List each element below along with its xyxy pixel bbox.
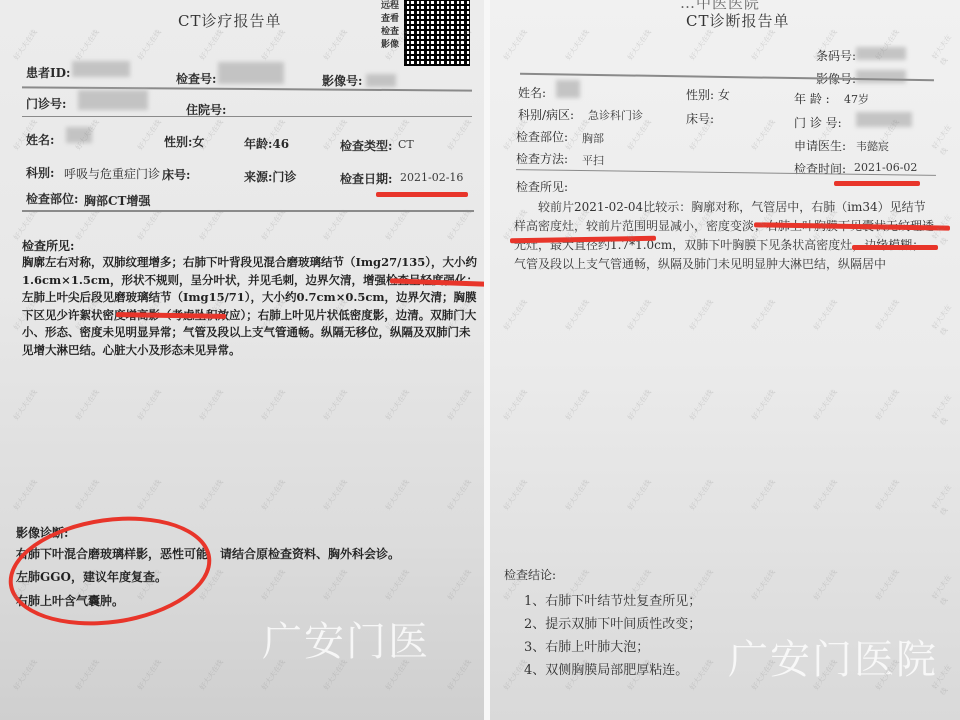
background-stamp: 好大夫在线 <box>383 478 411 512</box>
exam-date-label: 检查日期: <box>340 170 392 187</box>
background-stamp: 好大夫在线 <box>749 118 777 152</box>
exam-no-label: 检查号: <box>176 70 216 87</box>
background-stamp: 好大夫在线 <box>383 568 411 602</box>
highlight-underline <box>376 192 468 197</box>
exam-time-value: 2021-06-02 <box>854 161 917 174</box>
background-stamp: 好大夫在线 <box>873 568 901 602</box>
redacted-image-no <box>366 74 396 87</box>
source-field: 来源:门诊 <box>244 168 296 185</box>
redacted-outpatient-no <box>78 90 148 110</box>
background-stamp: 好大夫在线 <box>11 478 39 512</box>
conclusion-list: 1、右肺下叶结节灶复查所见； 2、提示双肺下叶间质性改变； 3、右肺上叶肺大泡；… <box>524 590 701 682</box>
findings-heading: 检查所见: <box>516 178 568 195</box>
background-stamp: 好大夫在线 <box>445 478 473 512</box>
conclusion-item: 4、双侧胸膜局部肥厚粘连。 <box>524 659 701 682</box>
exam-type-value: CT <box>398 138 414 151</box>
qr-code-icon <box>404 0 470 66</box>
background-stamp: 好大夫在线 <box>321 568 349 602</box>
age-label: 年 龄 : <box>794 90 830 107</box>
background-stamp: 好大夫在线 <box>811 478 839 512</box>
background-stamp: 好大夫在线 <box>930 303 960 337</box>
bed-label: 床号: <box>162 166 190 183</box>
background-stamp: 好大夫在线 <box>687 28 715 62</box>
background-stamp: 好大夫在线 <box>445 208 473 242</box>
background-stamp: 好大夫在线 <box>135 478 163 512</box>
redacted-image-no <box>856 70 906 83</box>
left-report-title: CT诊疗报告单 <box>178 10 281 31</box>
background-stamp: 好大夫在线 <box>73 388 101 422</box>
background-stamp: 好大夫在线 <box>873 478 901 512</box>
background-stamp: 好大夫在线 <box>930 393 960 427</box>
background-stamp: 好大夫在线 <box>321 208 349 242</box>
name-label: 姓名: <box>518 84 546 101</box>
background-stamp: 好大夫在线 <box>687 388 715 422</box>
background-stamp: 好大夫在线 <box>11 658 39 692</box>
sex-field: 性别: 女 <box>686 86 730 103</box>
background-stamp: 好大夫在线 <box>383 388 411 422</box>
background-stamp: 好大夫在线 <box>445 568 473 602</box>
background-stamp: 好大夫在线 <box>197 478 225 512</box>
background-stamp: 好大夫在线 <box>749 298 777 332</box>
background-stamp: 好大夫在线 <box>445 658 473 692</box>
background-stamp: 好大夫在线 <box>135 208 163 242</box>
dept-value: 急诊科门诊 <box>588 107 643 123</box>
background-stamp: 好大夫在线 <box>749 28 777 62</box>
background-stamp: 好大夫在线 <box>135 118 163 152</box>
exam-part-label: 检查部位: <box>26 190 78 207</box>
left-ct-report: CT诊疗报告单 远程 查看 检查 影像 患者ID: 检查号: 影像号: 门诊号:… <box>0 0 484 720</box>
outpatient-no-label: 门诊号: <box>26 95 66 112</box>
conclusion-item: 1、右肺下叶结节灶复查所见； <box>524 590 701 613</box>
background-stamp: 好大夫在线 <box>445 388 473 422</box>
background-stamp: 好大夫在线 <box>197 388 225 422</box>
conclusion-item: 3、右肺上叶肺大泡； <box>524 636 701 659</box>
background-stamp: 好大夫在线 <box>259 568 287 602</box>
background-stamp: 好大夫在线 <box>873 298 901 332</box>
conclusion-item: 2、提示双肺下叶间质性改变； <box>524 613 701 636</box>
patient-id-label: 患者ID: <box>26 64 70 81</box>
background-stamp: 好大夫在线 <box>259 388 287 422</box>
background-stamp: 好大夫在线 <box>11 388 39 422</box>
background-stamp: 好大夫在线 <box>501 298 529 332</box>
redacted-name <box>556 80 580 98</box>
redacted-outpatient-no <box>856 112 912 127</box>
header-rule <box>22 116 472 117</box>
background-stamp: 好大夫在线 <box>197 208 225 242</box>
background-stamp: 好大夫在线 <box>930 573 960 607</box>
background-stamp: 好大夫在线 <box>259 28 287 62</box>
background-stamp: 好大夫在线 <box>687 478 715 512</box>
background-stamp: 好大夫在线 <box>749 478 777 512</box>
dept-value: 呼吸与危重症门诊 <box>64 165 160 182</box>
background-stamp: 好大夫在线 <box>749 388 777 422</box>
background-stamp: 好大夫在线 <box>625 388 653 422</box>
background-stamp: 好大夫在线 <box>445 118 473 152</box>
age-value: 47岁 <box>844 91 869 107</box>
background-stamp: 好大夫在线 <box>930 33 960 67</box>
right-report-title: CT诊断报告单 <box>686 10 789 31</box>
highlight-underline <box>852 245 938 250</box>
background-stamp: 好大夫在线 <box>383 208 411 242</box>
background-stamp: 好大夫在线 <box>197 28 225 62</box>
background-stamp: 好大夫在线 <box>811 568 839 602</box>
method-value: 平扫 <box>582 152 604 168</box>
background-stamp: 好大夫在线 <box>930 213 960 247</box>
background-stamp: 好大夫在线 <box>563 298 591 332</box>
highlight-underline <box>834 181 920 186</box>
background-stamp: 好大夫在线 <box>135 28 163 62</box>
background-stamp: 好大夫在线 <box>563 28 591 62</box>
background-stamp: 好大夫在线 <box>563 388 591 422</box>
background-stamp: 好大夫在线 <box>811 388 839 422</box>
background-stamp: 好大夫在线 <box>259 208 287 242</box>
exam-part-value: 胸部CT增强 <box>84 192 150 209</box>
redacted-exam-no <box>218 62 284 84</box>
background-stamp: 好大夫在线 <box>321 388 349 422</box>
background-stamp: 好大夫在线 <box>687 298 715 332</box>
background-stamp: 好大夫在线 <box>625 298 653 332</box>
background-stamp: 好大夫在线 <box>259 478 287 512</box>
background-stamp: 好大夫在线 <box>73 28 101 62</box>
background-stamp: 好大夫在线 <box>11 28 39 62</box>
dept-label: 科别: <box>26 164 54 181</box>
background-stamp: 好大夫在线 <box>930 483 960 517</box>
findings-text: 较前片2021-02-04比较示：胸廓对称，气管居中，右肺（im34）见结节样高… <box>514 198 934 274</box>
background-stamp: 好大夫在线 <box>563 478 591 512</box>
redacted-patient-id <box>72 61 130 77</box>
background-stamp: 好大夫在线 <box>625 28 653 62</box>
background-stamp: 好大夫在线 <box>873 388 901 422</box>
background-stamp: 好大夫在线 <box>501 388 529 422</box>
background-stamp: 好大夫在线 <box>135 658 163 692</box>
background-stamp: 好大夫在线 <box>687 568 715 602</box>
background-stamp: 好大夫在线 <box>811 298 839 332</box>
qr-label-line: 查看 <box>381 13 399 26</box>
background-stamp: 好大夫在线 <box>73 478 101 512</box>
background-stamp: 好大夫在线 <box>749 568 777 602</box>
qr-label-line: 远程 <box>381 0 399 13</box>
background-stamp: 好大夫在线 <box>197 658 225 692</box>
background-stamp: 好大夫在线 <box>135 388 163 422</box>
method-label: 检查方法: <box>516 150 568 167</box>
background-stamp: 好大夫在线 <box>73 658 101 692</box>
background-stamp: 好大夫在线 <box>321 28 349 62</box>
right-ct-report: …中医医院 CT诊断报告单 条码号: 影像号: 姓名: 性别: 女 年 龄 : … <box>490 0 960 720</box>
background-stamp: 好大夫在线 <box>73 208 101 242</box>
background-stamp: 好大夫在线 <box>930 123 960 157</box>
background-stamp: 好大夫在线 <box>625 478 653 512</box>
image-no-label: 影像号: <box>322 72 362 89</box>
background-stamp: 好大夫在线 <box>321 478 349 512</box>
findings-heading: 检查所见: <box>22 237 74 254</box>
background-stamp: 好大夫在线 <box>501 28 529 62</box>
exam-date-value: 2021-02-16 <box>400 171 463 184</box>
background-stamp: 好大夫在线 <box>501 478 529 512</box>
